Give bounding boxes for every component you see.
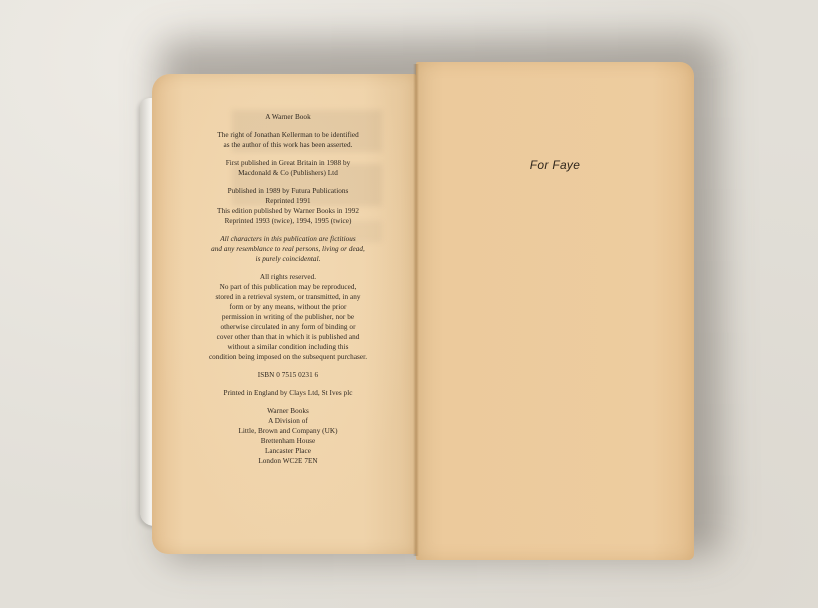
book-gutter bbox=[413, 64, 419, 556]
copyright-text: A Warner Book The right of Jonathan Kell… bbox=[170, 112, 406, 474]
publisher-line: A Warner Book bbox=[170, 112, 406, 122]
dedication-page bbox=[416, 62, 694, 560]
isbn: ISBN 0 7515 0231 6 bbox=[170, 370, 406, 380]
rights-reserved: All rights reserved. No part of this pub… bbox=[170, 272, 406, 362]
publisher-address: Warner Books A Division of Little, Brown… bbox=[170, 406, 406, 466]
open-book: A Warner Book The right of Jonathan Kell… bbox=[0, 0, 818, 608]
fiction-disclaimer: All characters in this publication are f… bbox=[170, 234, 406, 264]
first-published: First published in Great Britain in 1988… bbox=[170, 158, 406, 178]
publication-history: Published in 1989 by Futura Publications… bbox=[170, 186, 406, 226]
printer-line: Printed in England by Clays Ltd, St Ives… bbox=[170, 388, 406, 398]
moral-rights-statement: The right of Jonathan Kellerman to be id… bbox=[170, 130, 406, 150]
dedication-text: For Faye bbox=[416, 158, 694, 172]
